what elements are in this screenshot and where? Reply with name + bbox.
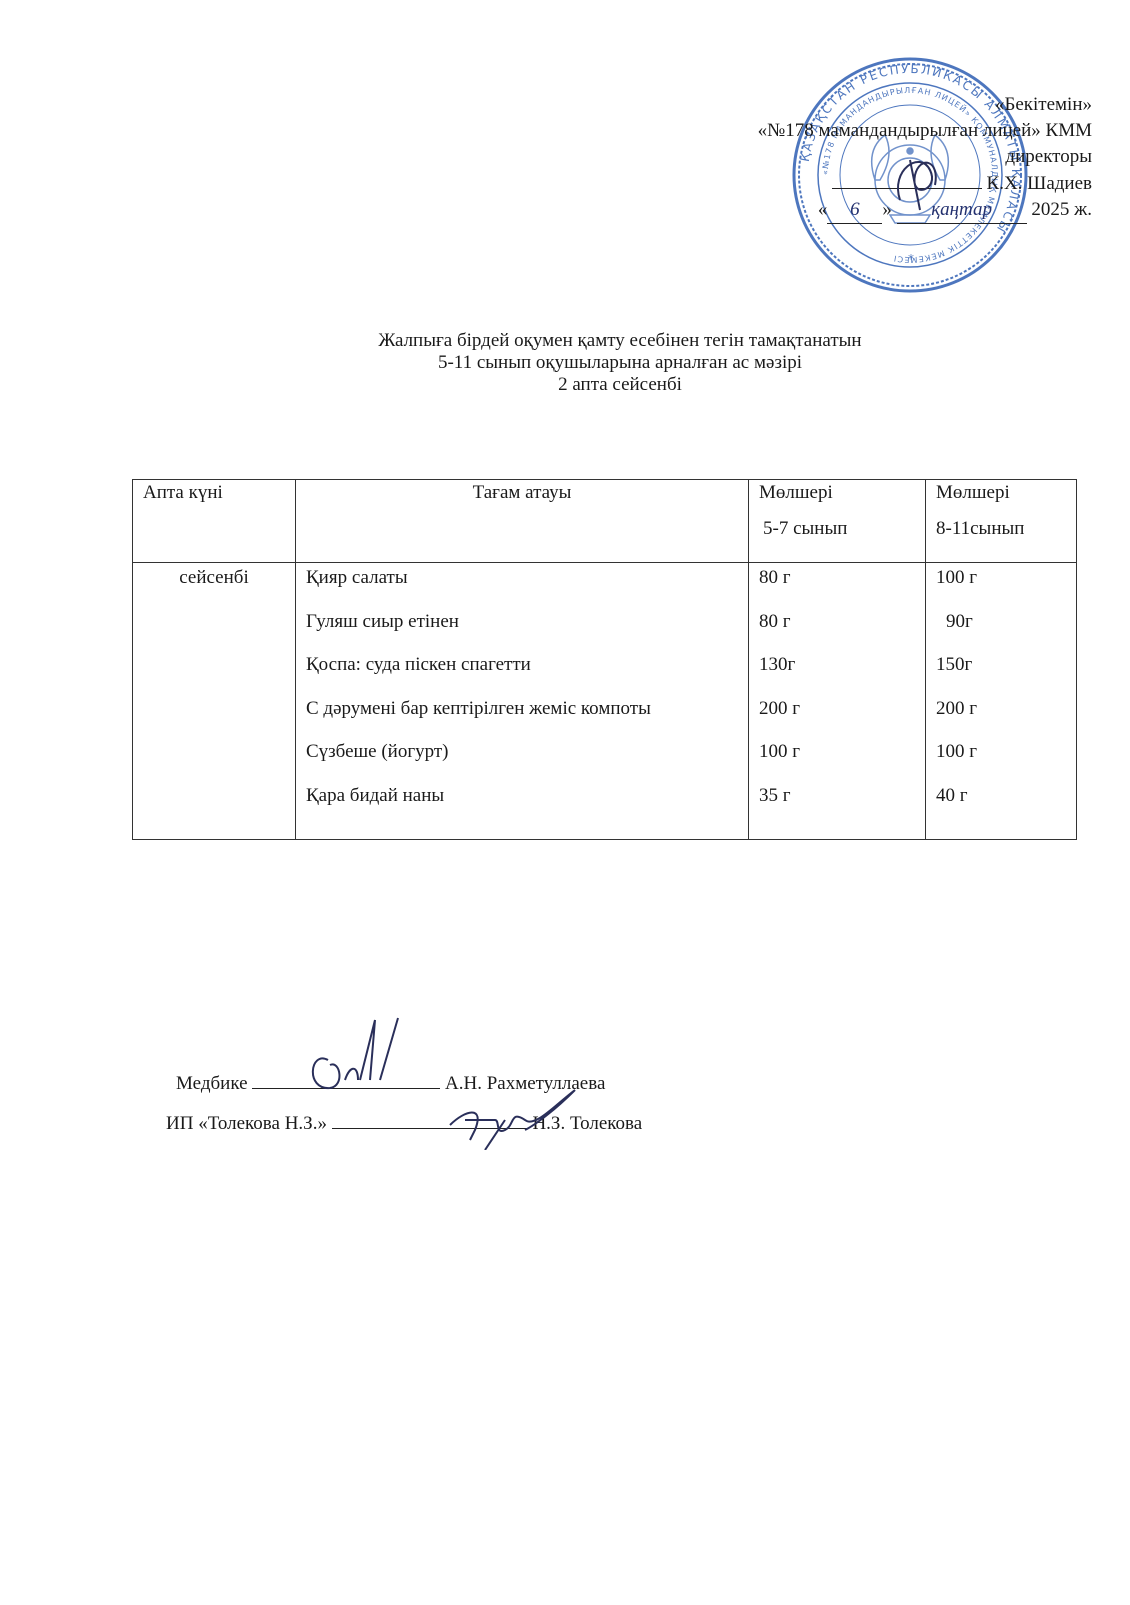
nurse-signature-icon bbox=[300, 1010, 410, 1100]
approval-date-year: 2025 ж. bbox=[1031, 199, 1092, 220]
qty-item: 40 г bbox=[936, 785, 1076, 829]
table-header-row: Апта күні Тағам атауы Мөлшері 5-7 сынып … bbox=[133, 480, 1077, 563]
qty-item: 130г bbox=[759, 654, 925, 698]
approval-date-day: 6 bbox=[827, 197, 882, 224]
date-quote-open: « bbox=[818, 199, 828, 220]
supplier-role: ИП «Толекова Н.З.» bbox=[166, 1113, 327, 1134]
document-title: Жалпыға бірдей оқумен қамту есебінен тег… bbox=[0, 330, 1130, 396]
dish-item: Гуляш сиыр етінен bbox=[306, 611, 748, 655]
day-cell: сейсенбі bbox=[133, 563, 296, 840]
approval-heading: «Бекітемін» bbox=[758, 92, 1092, 118]
qty-5-7-list: 80 г 80 г 130г 200 г 100 г 35 г bbox=[749, 563, 926, 840]
qty-item: 150г bbox=[936, 654, 1076, 698]
header-day: Апта күні bbox=[133, 480, 296, 563]
title-line-3: 2 апта сейсенбі bbox=[0, 374, 1130, 396]
table-row: сейсенбі Қияр салаты Гуляш сиыр етінен Қ… bbox=[133, 563, 1077, 840]
dish-item: Қоспа: суда піскен спагетти bbox=[306, 654, 748, 698]
nurse-role: Медбике bbox=[176, 1073, 248, 1094]
qty-item: 35 г bbox=[759, 785, 925, 829]
dish-item: С дәрумені бар кептірілген жеміс компоты bbox=[306, 698, 748, 742]
dish-item: Сүзбеше (йогурт) bbox=[306, 741, 748, 785]
header-qty-5-7: Мөлшері 5-7 сынып bbox=[749, 480, 926, 563]
director-signature-icon bbox=[880, 140, 960, 220]
supplier-signature-icon bbox=[445, 1080, 585, 1150]
header-qty-8-11-sub: 8-11сынып bbox=[936, 518, 1076, 540]
dish-item: Қара бидай наны bbox=[306, 785, 748, 829]
header-qty-8-11-label: Мөлшері bbox=[936, 482, 1010, 503]
header-qty-5-7-label: Мөлшері bbox=[759, 482, 833, 503]
qty-item: 80 г bbox=[759, 567, 925, 611]
title-line-1: Жалпыға бірдей оқумен қамту есебінен тег… bbox=[0, 330, 1130, 352]
dish-item: Қияр салаты bbox=[306, 567, 748, 611]
qty-item: 200 г bbox=[936, 698, 1076, 742]
title-line-2: 5-11 сынып оқушыларына арналған ас мәзір… bbox=[0, 352, 1130, 374]
qty-item: 100 г bbox=[936, 741, 1076, 785]
qty-8-11-list: 100 г 90г 150г 200 г 100 г 40 г bbox=[926, 563, 1077, 840]
qty-item: 100 г bbox=[759, 741, 925, 785]
qty-item: 80 г bbox=[759, 611, 925, 655]
qty-item: 100 г bbox=[936, 567, 1076, 611]
header-qty-8-11: Мөлшері 8-11сынып bbox=[926, 480, 1077, 563]
header-dish: Тағам атауы bbox=[296, 480, 749, 563]
header-qty-5-7-sub: 5-7 сынып bbox=[759, 518, 925, 540]
approval-director-name: К.Х. Шадиев bbox=[987, 173, 1092, 194]
svg-text:*: * bbox=[908, 252, 914, 266]
qty-item: 200 г bbox=[759, 698, 925, 742]
qty-item: 90г bbox=[936, 611, 1076, 655]
dish-list: Қияр салаты Гуляш сиыр етінен Қоспа: суд… bbox=[296, 563, 749, 840]
menu-table: Апта күні Тағам атауы Мөлшері 5-7 сынып … bbox=[132, 479, 1077, 840]
